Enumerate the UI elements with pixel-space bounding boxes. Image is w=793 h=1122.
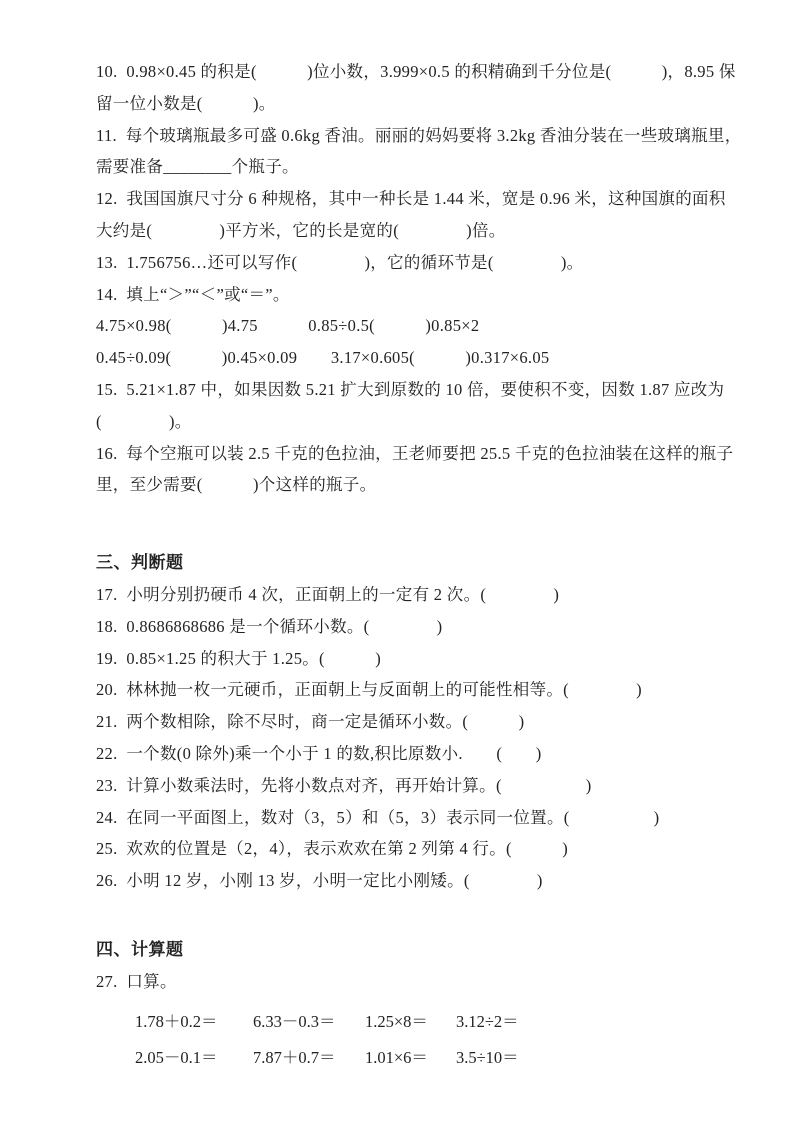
fill-blank-question-line: ( )。	[96, 406, 743, 438]
fill-blank-question-line: 留一位小数是( )。	[96, 88, 743, 120]
judge-question-line: 24. 在同一平面图上，数对（3，5）和（5，3）表示同一位置。( )	[96, 802, 743, 834]
judge-question-line: 18. 0.8686868686 是一个循环小数。( )	[96, 611, 743, 643]
judge-question-line: 17. 小明分别扔硬币 4 次，正面朝上的一定有 2 次。( )	[96, 579, 743, 611]
oral-calc-expression: 3.12÷2＝	[456, 1004, 743, 1040]
fill-blank-question-line: 10. 0.98×0.45 的积是( )位小数，3.999×0.5 的积精确到千…	[96, 56, 743, 88]
fill-blank-question-line: 13. 1.756756…还可以写作( )，它的循环节是( )。	[96, 247, 743, 279]
fill-blank-question-line: 14. 填上“＞”“＜”或“＝”。	[96, 279, 743, 311]
judge-question-line: 20. 林林抛一枚一元硬币，正面朝上与反面朝上的可能性相等。( )	[96, 674, 743, 706]
oral-calc-row: 2.05－0.1＝7.87＋0.7＝1.01×6＝3.5÷10＝	[135, 1040, 743, 1076]
oral-calc-row: 1.78＋0.2＝6.33－0.3＝1.25×8＝3.12÷2＝	[135, 1004, 743, 1040]
fill-blank-question-line: 11. 每个玻璃瓶最多可盛 0.6kg 香油。丽丽的妈妈要将 3.2kg 香油分…	[96, 120, 743, 152]
calc-section-heading: 四、计算题	[96, 934, 743, 966]
judge-question-line: 26. 小明 12 岁，小刚 13 岁，小明一定比小刚矮。( )	[96, 865, 743, 897]
fill-blank-question-line: 4.75×0.98( )4.75 0.85÷0.5( )0.85×2	[96, 310, 743, 342]
oral-calc-expression: 1.01×6＝	[365, 1040, 456, 1076]
judge-section-heading: 三、判断题	[96, 547, 743, 579]
oral-calc-rows: 1.78＋0.2＝6.33－0.3＝1.25×8＝3.12÷2＝2.05－0.1…	[96, 1004, 743, 1076]
fill-blank-question-line: 15. 5.21×1.87 中，如果因数 5.21 扩大到原数的 10 倍，要使…	[96, 374, 743, 406]
judge-question-line: 21. 两个数相除，除不尽时，商一定是循环小数。( )	[96, 706, 743, 738]
oral-calc-expression: 1.25×8＝	[365, 1004, 456, 1040]
judge-question-line: 25. 欢欢的位置是（2，4），表示欢欢在第 2 列第 4 行。( )	[96, 833, 743, 865]
oral-calc-intro-line: 27. 口算。	[96, 966, 743, 998]
fill-blank-section: 10. 0.98×0.45 的积是( )位小数，3.999×0.5 的积精确到千…	[96, 56, 743, 501]
judge-question-line: 23. 计算小数乘法时，先将小数点对齐，再开始计算。( )	[96, 770, 743, 802]
fill-blank-question-line: 16. 每个空瓶可以装 2.5 千克的色拉油，王老师要把 25.5 千克的色拉油…	[96, 438, 743, 470]
oral-calc-expression: 1.78＋0.2＝	[135, 1004, 253, 1040]
oral-calc-expression: 3.5÷10＝	[456, 1040, 743, 1076]
oral-calc-expression: 7.87＋0.7＝	[253, 1040, 365, 1076]
judge-section: 17. 小明分别扔硬币 4 次，正面朝上的一定有 2 次。( )18. 0.86…	[96, 579, 743, 897]
oral-calc-expression: 2.05－0.1＝	[135, 1040, 253, 1076]
fill-blank-question-line: 大约是( )平方米，它的长是宽的( )倍。	[96, 215, 743, 247]
worksheet-page: 10. 0.98×0.45 的积是( )位小数，3.999×0.5 的积精确到千…	[0, 0, 793, 1122]
judge-question-line: 22. 一个数(0 除外)乘一个小于 1 的数,积比原数小. ( )	[96, 738, 743, 770]
fill-blank-question-line: 需要准备________个瓶子。	[96, 151, 743, 183]
oral-calc-expression: 6.33－0.3＝	[253, 1004, 365, 1040]
judge-question-line: 19. 0.85×1.25 的积大于 1.25。( )	[96, 643, 743, 675]
fill-blank-question-line: 里，至少需要( )个这样的瓶子。	[96, 469, 743, 501]
fill-blank-question-line: 0.45÷0.09( )0.45×0.09 3.17×0.605( )0.317…	[96, 342, 743, 374]
fill-blank-question-line: 12. 我国国旗尺寸分 6 种规格，其中一种长是 1.44 米，宽是 0.96 …	[96, 183, 743, 215]
